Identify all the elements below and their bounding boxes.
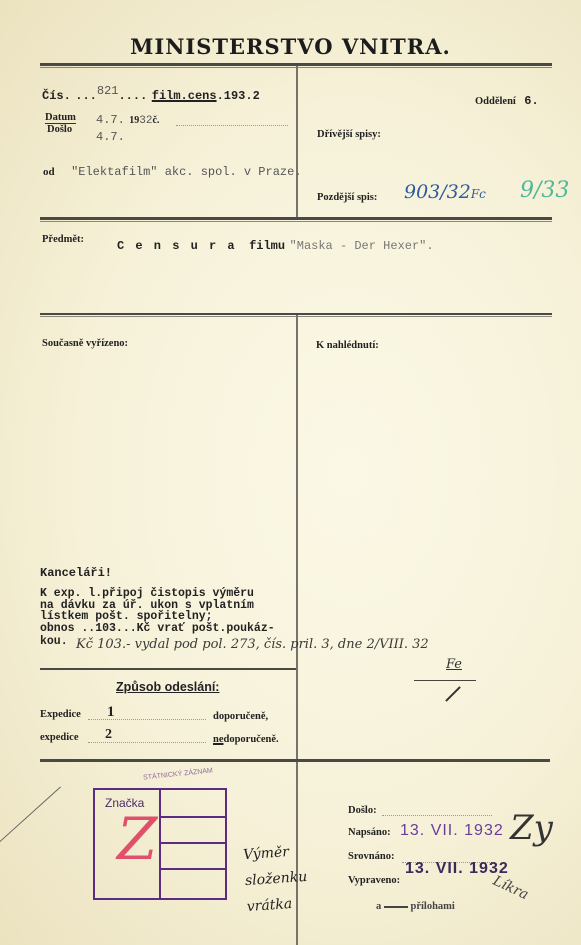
attachments: a přílohami <box>376 901 455 912</box>
doslo-label: Došlo <box>47 124 72 135</box>
stamp-row-line <box>161 816 225 818</box>
middle-divider <box>296 315 298 760</box>
top-divider <box>296 66 298 218</box>
handwritten-margin-note: Výměr složenku vrátka <box>242 838 310 920</box>
subject-censorship: C e n s u r a <box>117 239 237 253</box>
datum-value: 4.7. 1932č. <box>96 110 159 128</box>
oddeleni-value: 6. <box>524 94 538 108</box>
simultaneous-label: Současně vyřízeno: <box>42 338 128 349</box>
for-review-label: K nahlédnutí: <box>316 340 379 351</box>
page-title: MINISTERSTVO VNITRA. <box>0 34 581 59</box>
expedice-2-mode: nedoporučeně. <box>213 734 279 745</box>
stamp-mark: Z <box>117 810 157 868</box>
stamp-header: STÁTNICKÝ ZÁZNAM <box>143 767 213 781</box>
cis-label: Čís. <box>42 89 71 103</box>
later-file-label: Pozdější spis: <box>317 192 377 203</box>
attachments-prefix: a <box>376 901 381 912</box>
datum-label: Datum <box>45 112 76 124</box>
expedice-2-number: 2 <box>105 727 112 743</box>
later-file-number: 903/32 <box>404 181 471 203</box>
sender: od "Elektafilm" akc. spol. v Praze. <box>43 162 302 180</box>
paper-crease <box>0 787 61 851</box>
department: Oddělení 6. <box>475 91 539 109</box>
later-file-value-green: 9/33 <box>520 178 569 203</box>
subject-film: filmu <box>249 239 285 253</box>
cis-suffix: film.cens <box>152 89 217 103</box>
expedice-1-number: 1 <box>107 704 115 721</box>
instruction-line: kou. <box>40 635 68 648</box>
subject-text: C e n s u r a filmu "Maska - Der Hexer". <box>117 236 434 254</box>
attachments-strike <box>384 906 408 908</box>
mode-prefix: ne <box>213 734 224 745</box>
dispatched-date-stamp: 13. VII. 1932 <box>405 860 509 878</box>
datum-c: č. <box>152 115 159 126</box>
mode-text: doporučeně. <box>224 734 279 745</box>
dots: ... <box>75 89 97 103</box>
reference-number: Čís. ...821.... film.cens.193.2 <box>42 86 260 104</box>
year-suffix: 32 <box>139 115 152 127</box>
dispatched-label: Vypraveno: <box>348 875 400 886</box>
dots: .... <box>118 89 147 103</box>
written-date-stamp: 13. VII. 1932 <box>400 822 504 840</box>
stamp-row-line <box>161 842 225 844</box>
instruction-line: lístkem pošt. spořitelny; <box>40 611 275 623</box>
stamp-row-line <box>161 868 225 870</box>
expedice-1-label: Expedice <box>40 709 81 720</box>
od-label: od <box>43 166 55 178</box>
expedice-2-label: expedice <box>40 732 79 743</box>
datum-line <box>176 125 288 126</box>
margin-line: složenku <box>244 864 308 894</box>
sending-heading: Způsob odeslání: <box>116 680 219 694</box>
top-section-rule-thin <box>40 221 552 222</box>
doslo-value: 4.7. <box>96 130 125 144</box>
compared-label: Srovnáno: <box>348 851 395 862</box>
signature-stroke <box>445 686 461 702</box>
received-label: Došlo: <box>348 805 377 816</box>
attachments-label: přílohami <box>411 901 455 912</box>
sender-value: "Elektafilm" akc. spol. v Praze. <box>71 165 301 179</box>
stamp-divider <box>159 790 161 898</box>
written-label: Napsáno: <box>348 827 391 838</box>
bottom-rule <box>40 759 550 762</box>
cis-year: .193.2 <box>217 89 260 103</box>
cis-number: 821 <box>97 84 119 98</box>
signature-initials: Zy <box>510 808 553 848</box>
instruction-heading: Kanceláři! <box>40 566 112 580</box>
top-section-rule <box>40 217 552 220</box>
handwritten-note: Kč 103.- vydal pod pol. 273, čís. pril. … <box>76 637 429 652</box>
earlier-files-label: Dřívější spisy: <box>317 129 381 140</box>
handwritten-signature: Fe <box>446 657 462 672</box>
year-prefix: 19 <box>129 115 139 126</box>
instruction-rule <box>40 668 296 670</box>
received-line <box>382 815 492 816</box>
signature-name: Líkra <box>490 873 531 903</box>
subject-label: Předmět: <box>42 234 84 245</box>
signature-line <box>414 680 476 681</box>
instruction-line: K exp. l.připoj čistopis výměru <box>40 588 275 600</box>
later-file-mark: Fc <box>471 187 486 201</box>
stamp-box: Značka Z <box>93 788 227 900</box>
margin-line: vrátka <box>246 890 310 920</box>
expedice-1-mode: doporučeně, <box>213 711 268 722</box>
oddeleni-label: Oddělení <box>475 96 516 107</box>
film-title: "Maska - Der Hexer". <box>290 239 434 253</box>
expedice-1-line <box>88 719 206 720</box>
later-file-value-blue: 903/32Fc <box>404 181 486 203</box>
datum-date: 4.7. <box>96 113 125 127</box>
instruction-line: obnos ..103...Kč vrať pošt.poukáz- <box>40 623 275 635</box>
